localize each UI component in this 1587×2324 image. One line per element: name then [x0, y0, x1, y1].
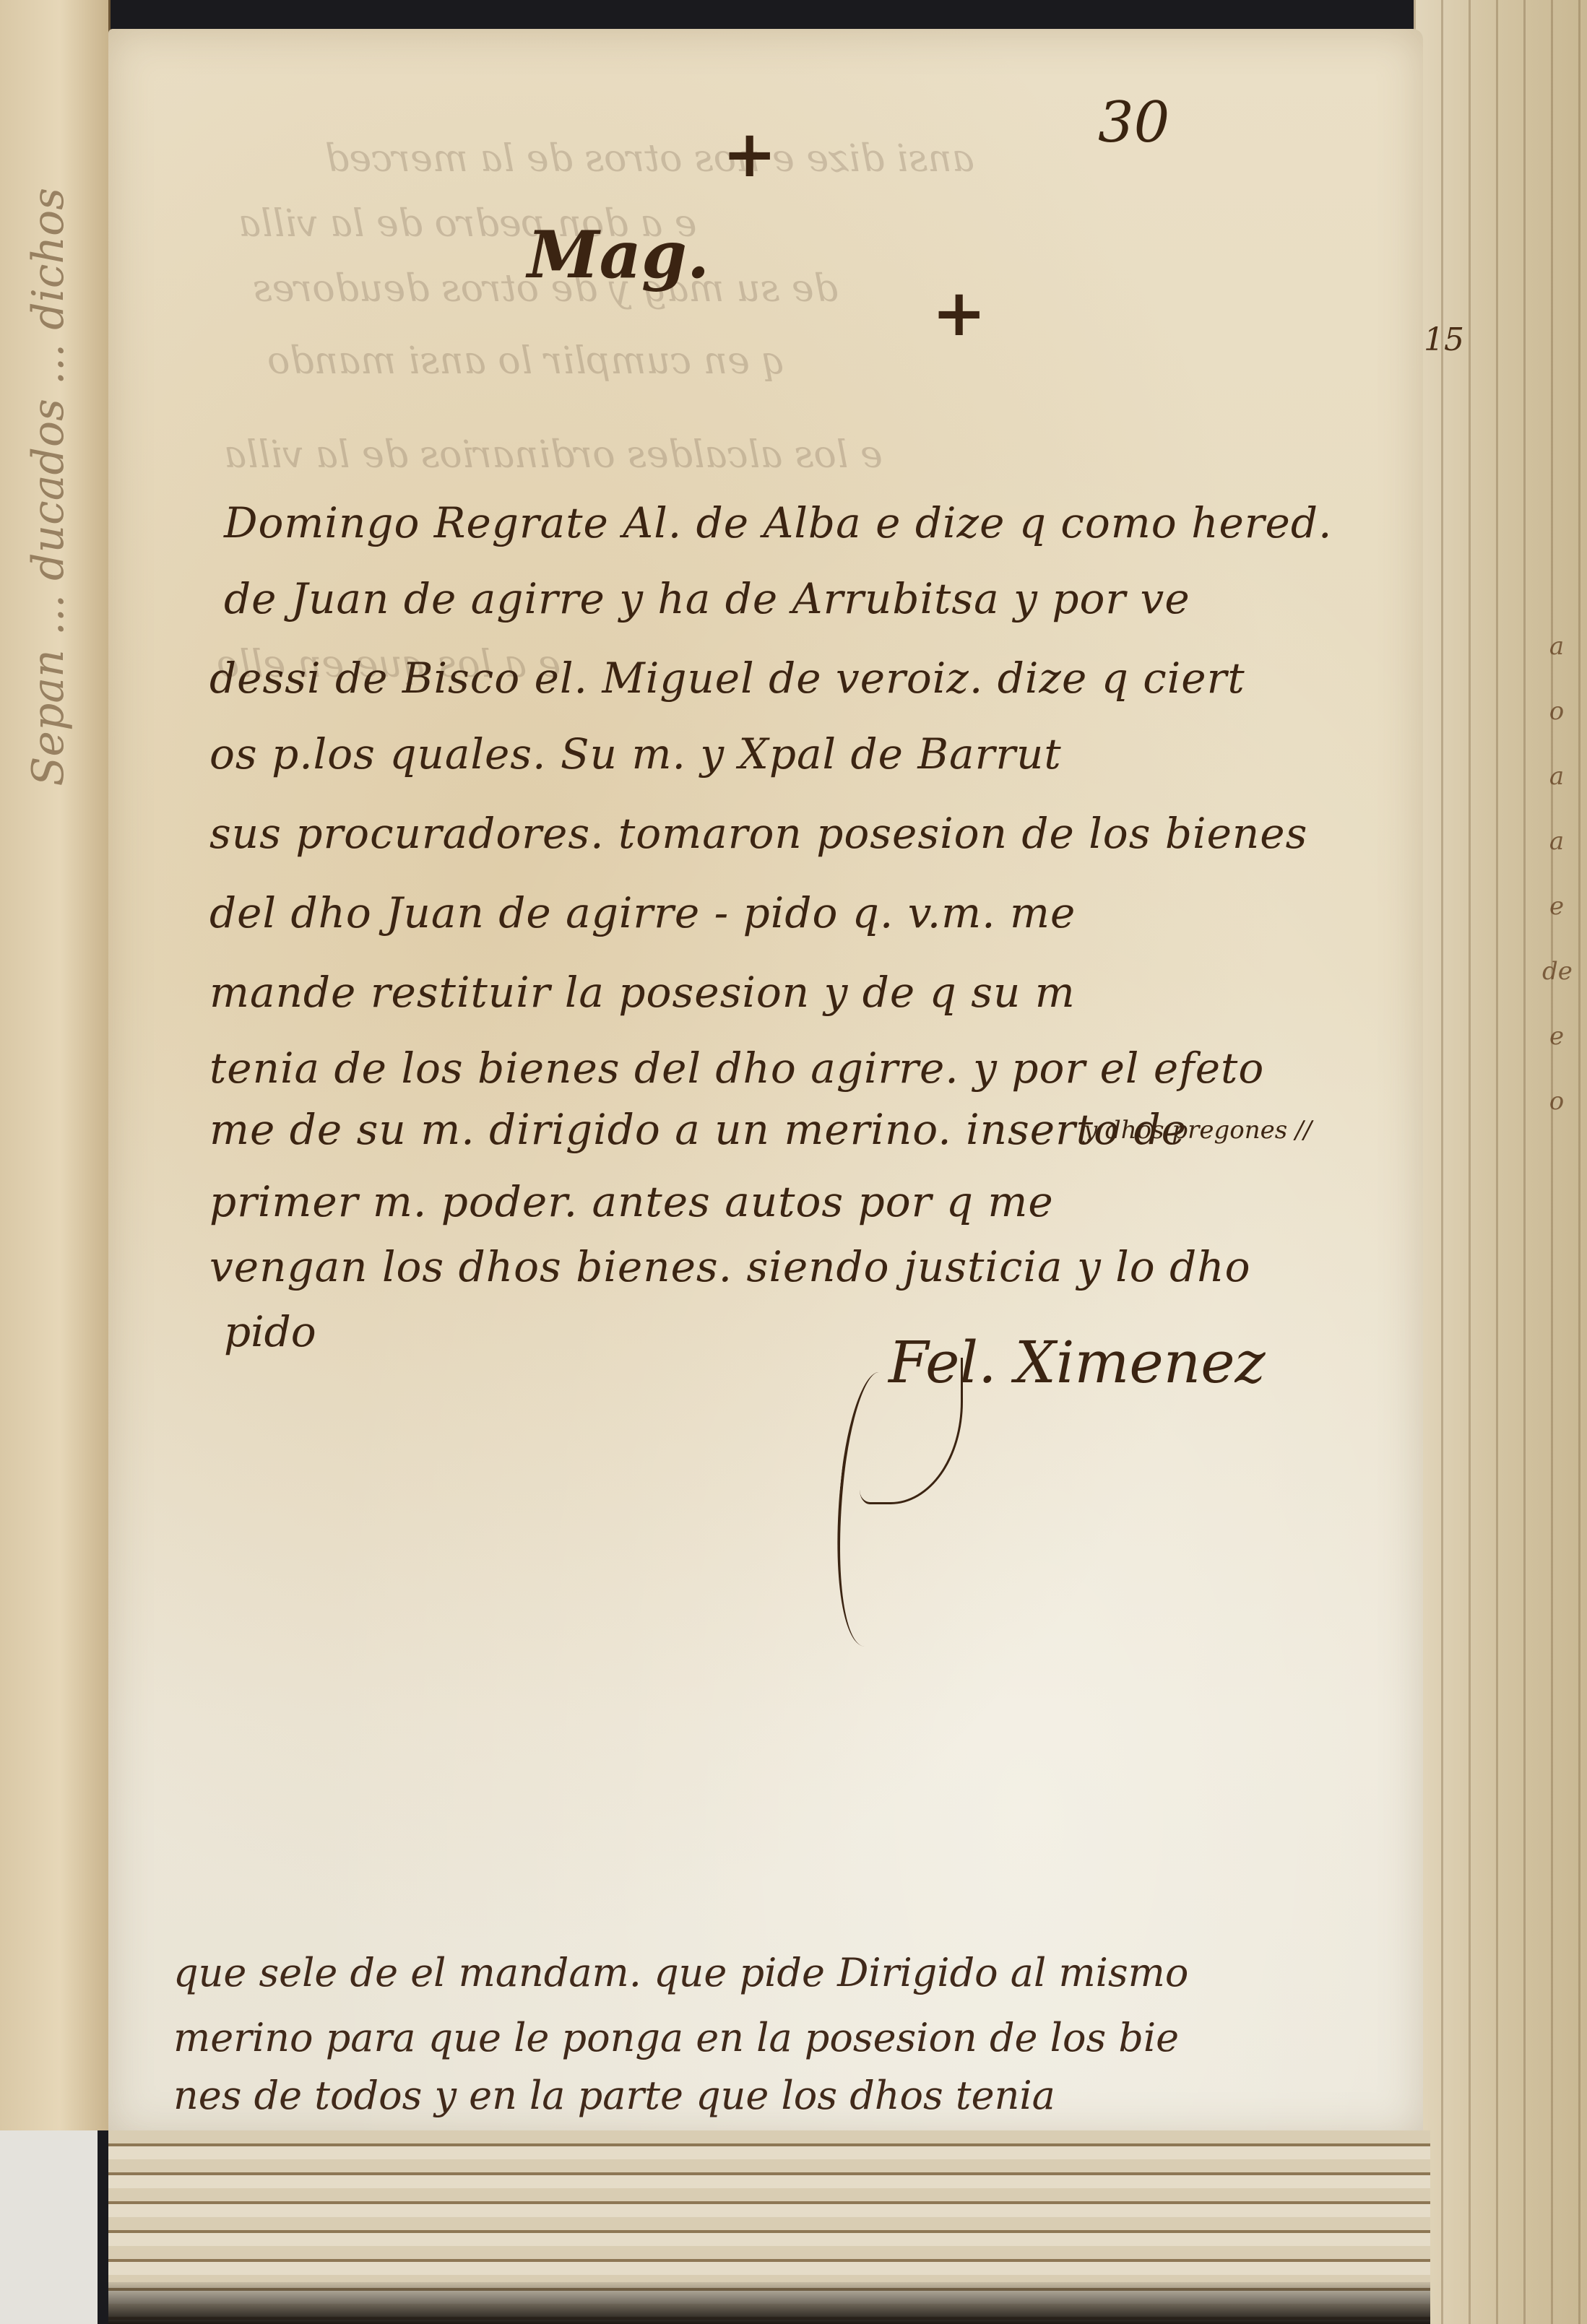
cross-mark-icon: + — [722, 116, 777, 192]
bleed-through-text: ansi dize e nos otros de la merced — [325, 137, 974, 181]
text-line: de Juan de agirre y ha de Arrubitsa y po… — [224, 574, 1190, 623]
text-line: del dho Juan de agirre - pido q. v.m. me — [209, 888, 1076, 937]
text-line: sus procuradores. tomaron posesion de lo… — [209, 809, 1307, 858]
text-line: dessi de Bisco el. Miguel de veroiz. diz… — [209, 654, 1245, 703]
margin-marker: 15 — [1424, 321, 1464, 358]
bleed-through-text: e los alcaldes ordinarios de la villa — [224, 433, 883, 477]
document-heading: Mag. — [527, 217, 709, 293]
interlinear-note: y dhos pregones // — [1084, 1116, 1312, 1145]
signature: Fel. Ximenez — [888, 1329, 1266, 1396]
facing-page-text: Sepan ... ducados ... dichos — [7, 188, 101, 786]
text-line: Domingo Regrate Al. de Alba e dize q com… — [224, 498, 1332, 547]
text-line: mande restituir la posesion y de q su m — [209, 968, 1076, 1017]
edge-fragment-text: a o a a e de e o — [1542, 614, 1571, 1134]
text-line: tenia de los bienes del dho agirre. y po… — [209, 1044, 1264, 1093]
bottom-note-line: que sele de el mandam. que pide Dirigido… — [173, 1950, 1188, 1995]
folio-number: 30 — [1098, 90, 1169, 155]
facing-page-left: Sepan ... ducados ... dichos — [0, 0, 111, 2130]
bottom-note-line: nes de todos y en la parte que los dhos … — [173, 2073, 1055, 2118]
bleed-through-text: q en cumplir lo ansi mando — [267, 339, 786, 383]
background-strip — [0, 2130, 98, 2324]
text-line: os p.los quales. Su m. y Xpal de Barrut — [209, 729, 1062, 779]
text-line: me de su m. dirigido a un merino. insert… — [209, 1105, 1187, 1154]
bottom-note-line: merino para que le ponga en la posesion … — [173, 2015, 1179, 2060]
text-line: vengan los dhos bienes. siendo justicia … — [209, 1242, 1251, 1291]
text-line: primer m. poder. antes autos por q me — [209, 1177, 1054, 1226]
shadow — [108, 2282, 1430, 2324]
cross-mark-icon: + — [932, 274, 986, 351]
text-line: pido — [224, 1307, 316, 1356]
